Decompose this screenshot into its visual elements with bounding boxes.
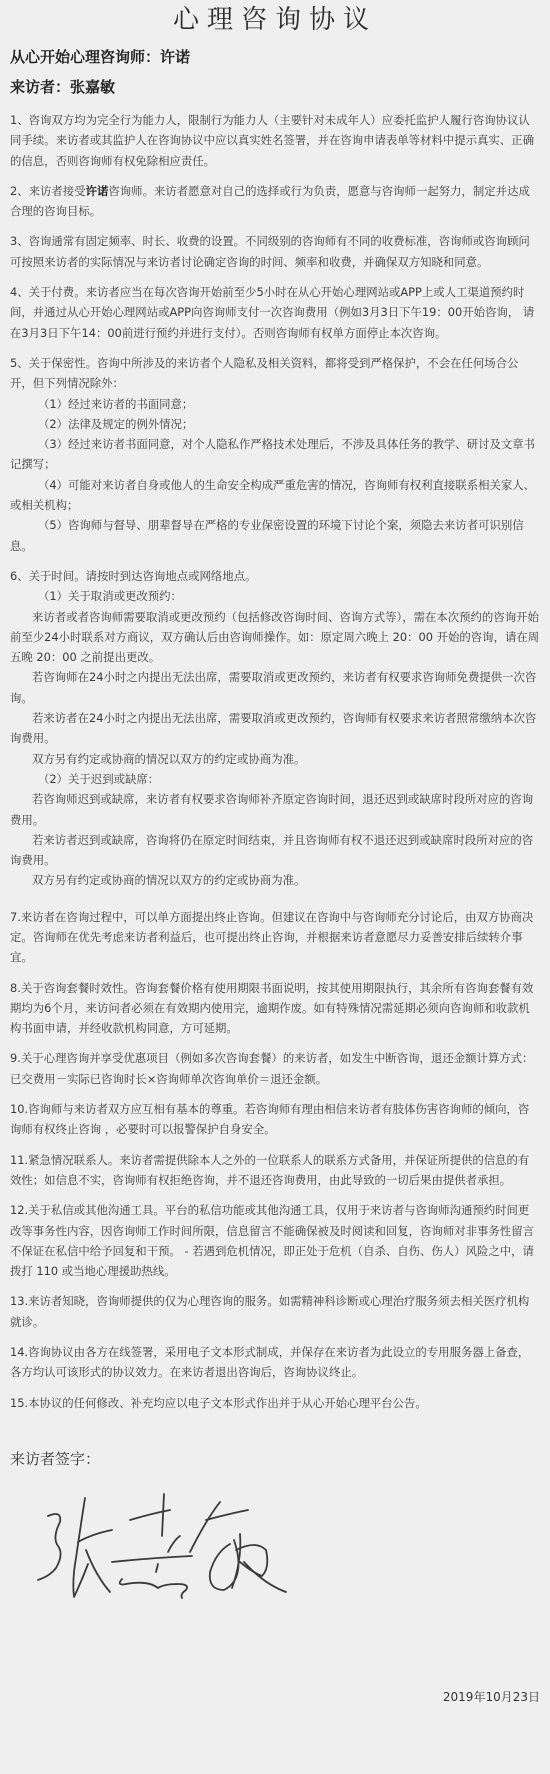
handwritten-signature (30, 1480, 290, 1610)
visitor-label: 来访者：张嘉敏 (10, 76, 115, 97)
clause-2: 2、来访者接受许诺咨询师。来访者愿意对自己的选择或行为负责，愿意与咨询师一起努力… (10, 181, 540, 222)
counselor-name: 许诺 (86, 184, 109, 198)
clause-2-prefix: 2、来访者接受 (10, 184, 86, 198)
clause-5-item: （4）可能对来访者自身或他人的生命安全构成严重危害的情况，咨询师有权利直接联系相… (10, 475, 540, 516)
clause-6-sub2-item: 若咨询师迟到或缺席，来访者有权要求咨询师补齐原定咨询时间，退还迟到或缺席时段所对… (10, 789, 540, 830)
clause-13: 13.来访者知晓，咨询师提供的仅为心理咨询的服务。如需精神科诊断或心理治疗服务须… (10, 1291, 540, 1332)
clause-5: 5、关于保密性。咨询中所涉及的来访者个人隐私及相关资料，都将受到严格保护，不会在… (10, 353, 540, 556)
agreement-body: 1、咨询双方均为完全行为能力人，限制行为能力人（主要针对未成年人）应委托监护人履… (10, 110, 540, 1423)
clause-12: 12.关于私信或其他沟通工具。平台的私信功能或其他沟通工具，仅用于来访者与咨询师… (10, 1200, 540, 1281)
agreement-page: 心理咨询协议 从心开始心理咨询师：许诺 来访者：张嘉敏 1、咨询双方均为完全行为… (0, 0, 550, 1774)
clause-6-sub1-item: 双方另有约定或协商的情况以双方的约定或协商为准。 (10, 749, 540, 769)
clause-6-sub1-item: 来访者或者咨询师需要取消或更改预约（包括修改咨询时间、咨询方式等），需在本次预约… (10, 607, 540, 668)
clause-5-item: （1）经过来访者的书面同意； (10, 394, 540, 414)
clause-8: 8.关于咨询套餐时效性。咨询套餐价格有使用期限书面说明，按其使用期限执行，其余所… (10, 978, 540, 1039)
counselor-label: 从心开始心理咨询师：许诺 (10, 46, 190, 67)
clause-5-intro: 5、关于保密性。咨询中所涉及的来访者个人隐私及相关资料，都将受到严格保护，不会在… (10, 353, 540, 394)
clause-5-item: （2）法律及规定的例外情况； (10, 414, 540, 434)
clause-6-sub2-item: 若来访者迟到或缺席，咨询将仍在原定时间结束，并且咨询师有权不退还迟到或缺席时段所… (10, 830, 540, 871)
clause-5-item: （5）咨询师与督导、朋辈督导在严格的专业保密设置的环境下讨论个案，须隐去来访者可… (10, 515, 540, 556)
clause-6-sub1-title: （1）关于取消或更改预约： (10, 586, 540, 606)
clause-7: 7.来访者在咨询过程中，可以单方面提出终止咨询。但建议在咨询中与咨询师充分讨论后… (10, 907, 540, 968)
clause-6-sub2-title: （2）关于迟到或缺席： (10, 769, 540, 789)
clause-14: 14.咨询协议由各方在线签署，采用电子文本形式制成，并保存在来访者为此设立的专用… (10, 1342, 540, 1383)
clause-9: 9.关于心理咨询并享受优惠项目（例如多次咨询套餐）的来访者，如发生中断咨询，退还… (10, 1048, 540, 1089)
clause-1: 1、咨询双方均为完全行为能力人，限制行为能力人（主要针对未成年人）应委托监护人履… (10, 110, 540, 171)
clause-11: 11.紧急情况联系人。来访者需提供除本人之外的一位联系人的联系方式备用，并保证所… (10, 1150, 540, 1191)
clause-10: 10.咨询师与来访者双方应互相有基本的尊重。若咨询师有理由相信来访者有肢体伤害咨… (10, 1099, 540, 1140)
document-title: 心理咨询协议 (0, 4, 550, 36)
signature-date: 2019年10月23日 (443, 1688, 540, 1705)
clause-6-sub1-item: 若来访者在24小时之内提出无法出席，需要取消或更改预约，咨询师有权要求来访者照常… (10, 708, 540, 749)
clause-6: 6、关于时间。请按时到达咨询地点或网络地点。 （1）关于取消或更改预约： 来访者… (10, 566, 540, 891)
signature-label: 来访者签字： (10, 1448, 100, 1469)
clause-3: 3、咨询通常有固定频率、时长、收费的设置。不同级别的咨询师有不同的收费标准，咨询… (10, 231, 540, 272)
clause-5-item: （3）经过来访者书面同意，对个人隐私作严格技术处理后，不涉及具体任务的教学、研讨… (10, 434, 540, 475)
clause-6-sub2-item: 双方另有约定或协商的情况以双方的约定或协商为准。 (10, 870, 540, 890)
clause-4: 4、关于付费。来访者应当在每次咨询开始前至少5小时在从心开始心理网站或APP上或… (10, 282, 540, 343)
clause-15: 15.本协议的任何修改、补充均应以电子文本形式作出并于从心开始心理平台公告。 (10, 1393, 540, 1413)
clause-6-sub1-item: 若咨询师在24小时之内提出无法出席，需要取消或更改预约，来访者有权要求咨询师免费… (10, 667, 540, 708)
clause-6-intro: 6、关于时间。请按时到达咨询地点或网络地点。 (10, 566, 540, 586)
